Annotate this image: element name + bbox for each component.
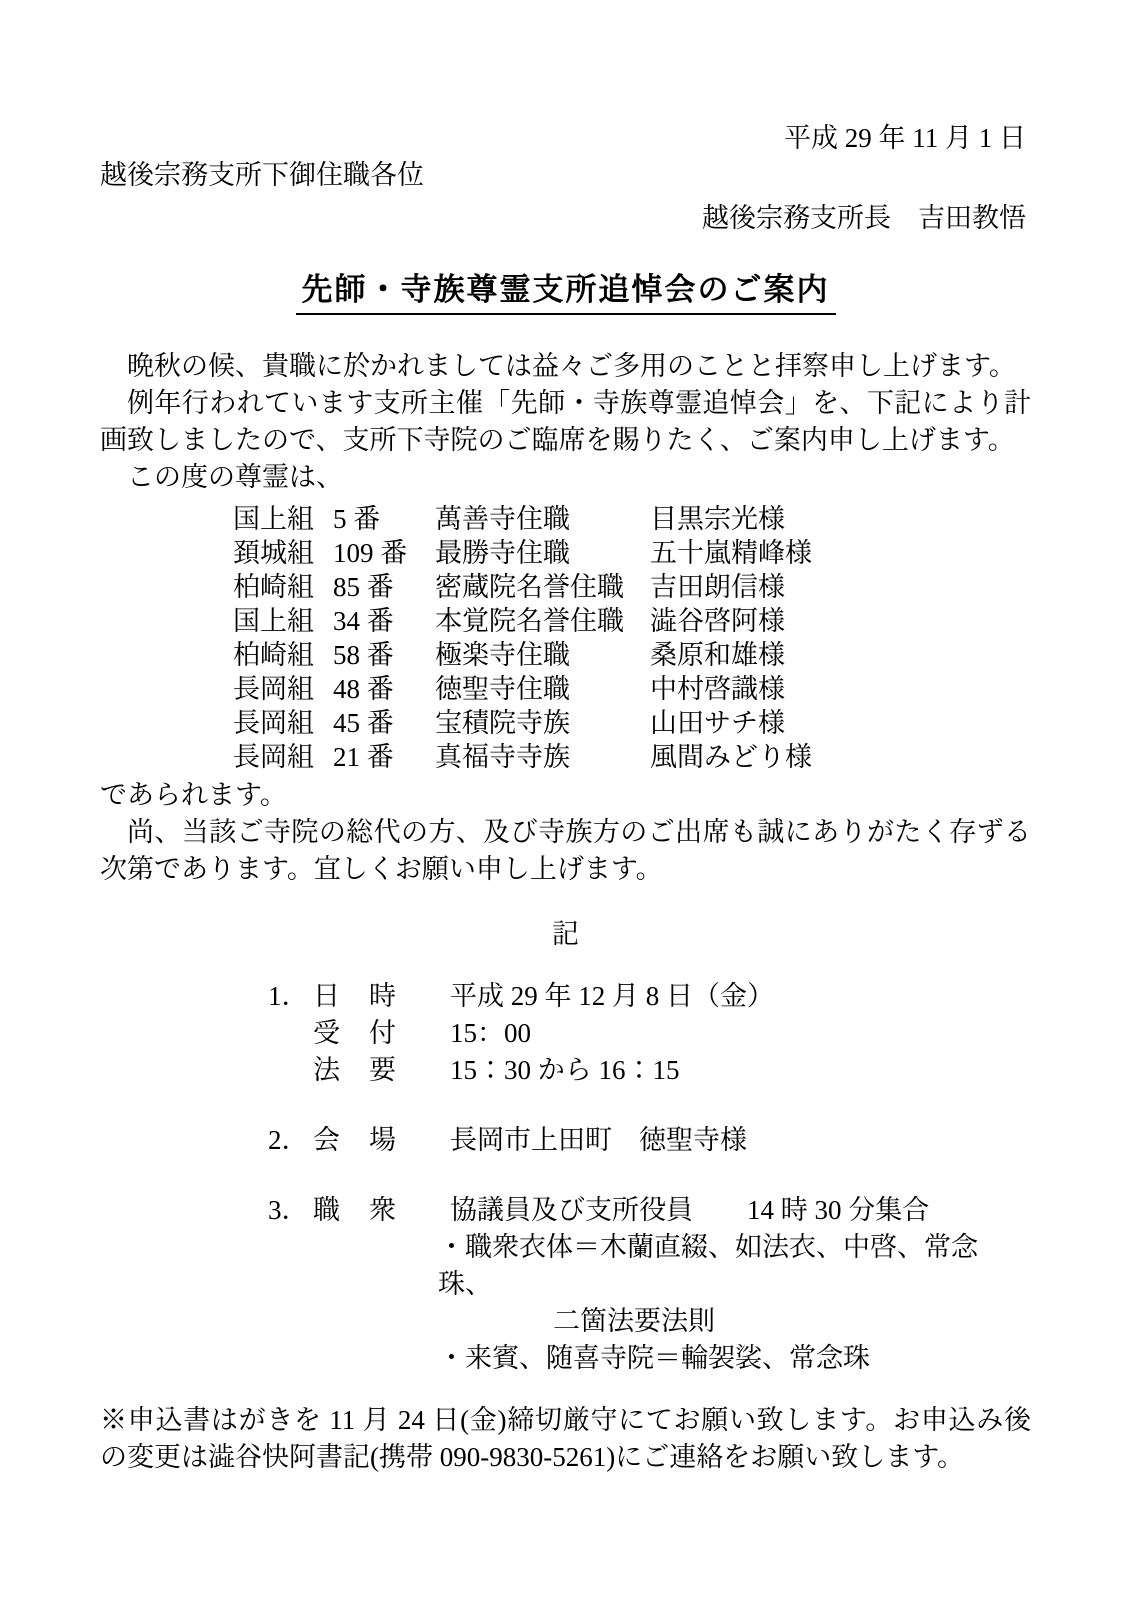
cell-number: 45 番: [333, 706, 435, 740]
cell-name: 中村啓識様: [650, 672, 812, 706]
notice-row-reception: 受 付 15：00: [268, 1015, 1031, 1052]
table-row: 国上組 34 番 本覚院名誉住職 澁谷啓阿様: [233, 604, 812, 638]
closing-block: であられます。 尚、当該ご寺院の総代の方、及び寺族方のご出席も誠にありがたく存ず…: [100, 777, 1031, 888]
document-title: 先師・寺族尊霊支所追悼会のご案内: [296, 269, 836, 315]
cell-number: 5 番: [333, 502, 435, 536]
cell-group: 国上組: [233, 502, 333, 536]
cell-group: 長岡組: [233, 706, 333, 740]
item-value: 15：00: [450, 1015, 1031, 1052]
item-number: 1．: [268, 978, 313, 1015]
cell-name: 風間みどり様: [650, 740, 812, 774]
item-value: 15：30 から 16：15: [450, 1052, 1031, 1089]
table-row: 長岡組 45 番 宝積院寺族 山田サチ様: [233, 706, 812, 740]
notice-heading: 記: [100, 916, 1031, 953]
cell-name: 吉田朗信様: [650, 570, 812, 604]
item-number: [268, 1052, 313, 1089]
item-number: 3．: [268, 1192, 313, 1229]
deceased-table: 国上組 5 番 萬善寺住職 目黒宗光様 頚城組 109 番 最勝寺住職 五十嵐精…: [233, 502, 812, 774]
sub-notes: ・職衆衣体＝木蘭直綴、如法衣、中啓、常念珠、 二箇法要法則 ・来賓、随喜寺院＝輪…: [438, 1229, 1031, 1377]
cell-temple: 極楽寺住職: [435, 638, 650, 672]
cell-number: 85 番: [333, 570, 435, 604]
title-wrap: 先師・寺族尊霊支所追悼会のご案内: [100, 269, 1031, 315]
cell-temple: 真福寺寺族: [435, 740, 650, 774]
cell-temple: 密蔵院名誉住職: [435, 570, 650, 604]
cell-temple: 本覚院名誉住職: [435, 604, 650, 638]
cell-temple: 最勝寺住職: [435, 536, 650, 570]
item-label: 職 衆: [313, 1192, 450, 1229]
cell-name: 五十嵐精峰様: [650, 536, 812, 570]
cell-number: 109 番: [333, 536, 435, 570]
table-row: 頚城組 109 番 最勝寺住職 五十嵐精峰様: [233, 536, 812, 570]
cell-name: 桑原和雄様: [650, 638, 812, 672]
cell-temple: 徳聖寺住職: [435, 672, 650, 706]
cell-number: 58 番: [333, 638, 435, 672]
sender: 越後宗務支所長 吉田教悟: [100, 200, 1031, 237]
cell-number: 48 番: [333, 672, 435, 706]
addressee: 越後宗務支所下御住職各位: [100, 157, 1031, 194]
cell-group: 柏崎組: [233, 638, 333, 672]
cell-group: 頚城組: [233, 536, 333, 570]
document-page: 平成 29 年 11 月 1 日 越後宗務支所下御住職各位 越後宗務支所長 吉田…: [0, 0, 1131, 1600]
footer-deadline-note: ※申込書はがきを 11 月 24 日(金)締切厳守にてお願い致します。お申込み後…: [100, 1402, 1031, 1476]
table-row: 柏崎組 58 番 極楽寺住職 桑原和雄様: [233, 638, 812, 672]
cell-temple: 宝積院寺族: [435, 706, 650, 740]
item-number: 2．: [268, 1122, 313, 1159]
cell-name: 目黒宗光様: [650, 502, 812, 536]
cell-name: 山田サチ様: [650, 706, 812, 740]
document-date: 平成 29 年 11 月 1 日: [100, 120, 1031, 157]
item-label: 法 要: [313, 1052, 450, 1089]
notice-items: 1． 日 時 平成 29 年 12 月 8 日（金） 受 付 15：00 法 要…: [268, 978, 1031, 1377]
table-row: 国上組 5 番 萬善寺住職 目黒宗光様: [233, 502, 812, 536]
closing-request: 尚、当該ご寺院の総代の方、及び寺族方のご出席も誠にありがたく存ずる次第であります…: [100, 814, 1031, 888]
cell-temple: 萬善寺住職: [435, 502, 650, 536]
paragraph-greeting: 晩秋の候、貴職に於かれましては益々ご多用のことと拝察申し上げます。: [100, 348, 1031, 385]
cell-group: 長岡組: [233, 672, 333, 706]
sub-note-attire-continuation: 二箇法要法則: [553, 1303, 1031, 1340]
item-value: 協議員及び支所役員 14 時 30 分集合: [450, 1192, 1031, 1229]
notice-row-datetime: 1． 日 時 平成 29 年 12 月 8 日（金）: [268, 978, 1031, 1015]
cell-number: 34 番: [333, 604, 435, 638]
item-value: 長岡市上田町 徳聖寺様: [450, 1122, 1031, 1159]
item-label: 会 場: [313, 1122, 450, 1159]
item-label: 受 付: [313, 1015, 450, 1052]
table-row: 長岡組 21 番 真福寺寺族 風間みどり様: [233, 740, 812, 774]
item-value: 平成 29 年 12 月 8 日（金）: [450, 978, 1031, 1015]
item-label: 日 時: [313, 978, 450, 1015]
sub-note-attire: ・職衆衣体＝木蘭直綴、如法衣、中啓、常念珠、: [438, 1229, 1031, 1303]
table-row: 長岡組 48 番 徳聖寺住職 中村啓識様: [233, 672, 812, 706]
cell-group: 長岡組: [233, 740, 333, 774]
cell-name: 澁谷啓阿様: [650, 604, 812, 638]
sub-note-guests: ・来賓、随喜寺院＝輪袈裟、常念珠: [438, 1340, 1031, 1377]
item-number: [268, 1015, 313, 1052]
notice-row-venue: 2． 会 場 長岡市上田町 徳聖寺様: [268, 1122, 1031, 1159]
cell-number: 21 番: [333, 740, 435, 774]
notice-row-service: 法 要 15：30 から 16：15: [268, 1052, 1031, 1089]
paragraph-announcement: 例年行われています支所主催「先師・寺族尊霊追悼会」を、下記により計画致しましたの…: [100, 385, 1031, 459]
notice-row-officiants: 3． 職 衆 協議員及び支所役員 14 時 30 分集合: [268, 1192, 1031, 1229]
paragraph-list-intro: この度の尊霊は、: [100, 459, 1031, 496]
table-row: 柏崎組 85 番 密蔵院名誉住職 吉田朗信様: [233, 570, 812, 604]
body-text: 晩秋の候、貴職に於かれましては益々ご多用のことと拝察申し上げます。 例年行われて…: [100, 348, 1031, 496]
cell-group: 国上組: [233, 604, 333, 638]
closing-line: であられます。: [100, 777, 1031, 814]
cell-group: 柏崎組: [233, 570, 333, 604]
